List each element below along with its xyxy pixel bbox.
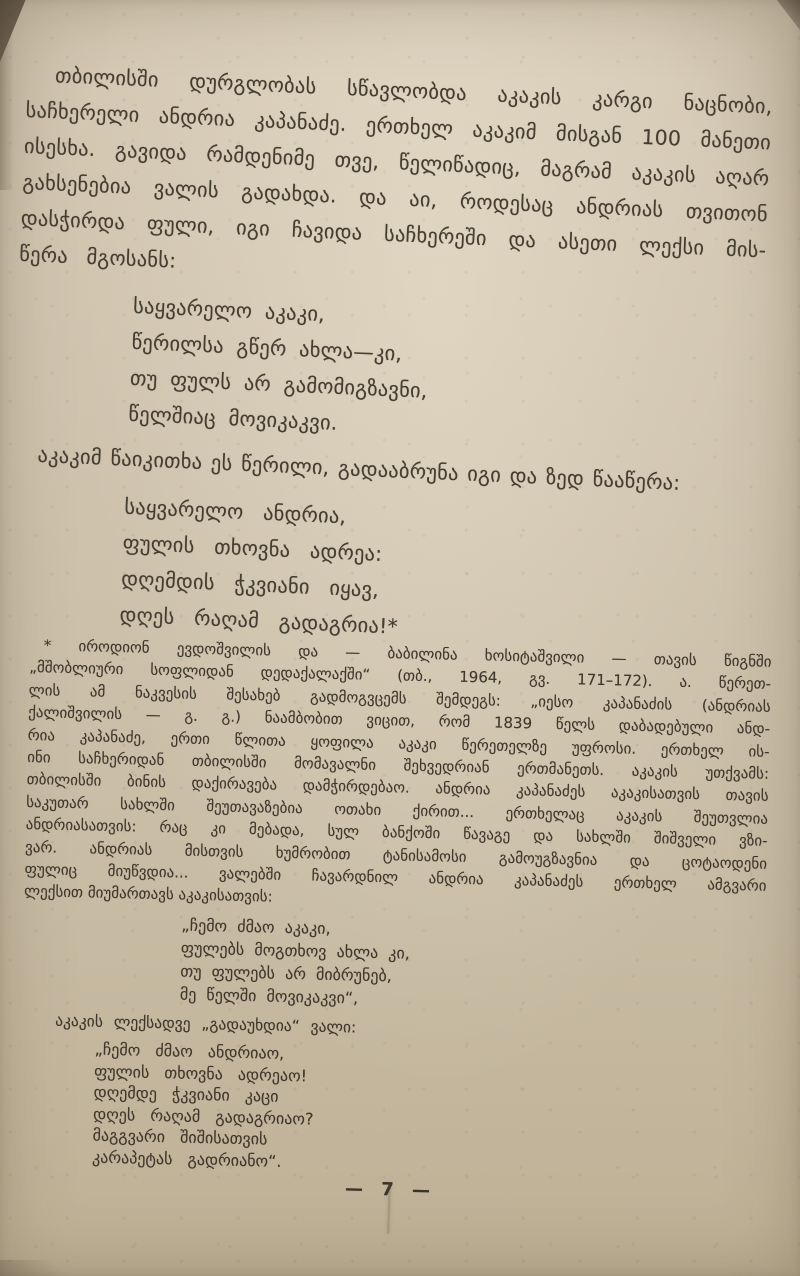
page-corner-shadow-top-left xyxy=(0,0,44,62)
footnote-poem-reply: „ჩემო ძმაო ანდრიაო, ფულის თხოვნა ადრეაო!… xyxy=(92,1039,763,1183)
page-edge-shadow-left xyxy=(0,0,14,190)
scanned-book-page: თბილისში დურგლობას სწავლობდა აკაკის კარგ… xyxy=(0,0,800,1276)
page-corner-shadow-top-right xyxy=(760,0,800,30)
paper-crease xyxy=(387,1182,391,1234)
main-paragraph: თბილისში დურგლობას სწავლობდა აკაკის კარგ… xyxy=(19,56,774,304)
footnote-paragraph: * იროდიონ ევდოშვილის და — ბაბილინა ხოსიტ… xyxy=(24,634,772,920)
page-corner-shadow-bottom-left xyxy=(0,1260,70,1276)
poem-akaki-reply: საყვარელო ანდრია, ფულის თხოვნა ადრეა: დღ… xyxy=(119,489,755,660)
poem-andria-request: საყვარელო აკაკი, წერილსა გწერ ახლა—კი, თ… xyxy=(128,288,764,459)
main-text-block: თბილისში დურგლობას სწავლობდა აკაკის კარგ… xyxy=(3,56,773,660)
footnote-block: * იროდიონ ევდოშვილის და — ბაბილინა ხოსიტ… xyxy=(17,634,772,1210)
footnote-poem-request: „ჩემო ძმაო აკაკი, ფულებს მოგთხოვ ახლა კი… xyxy=(180,913,766,1018)
